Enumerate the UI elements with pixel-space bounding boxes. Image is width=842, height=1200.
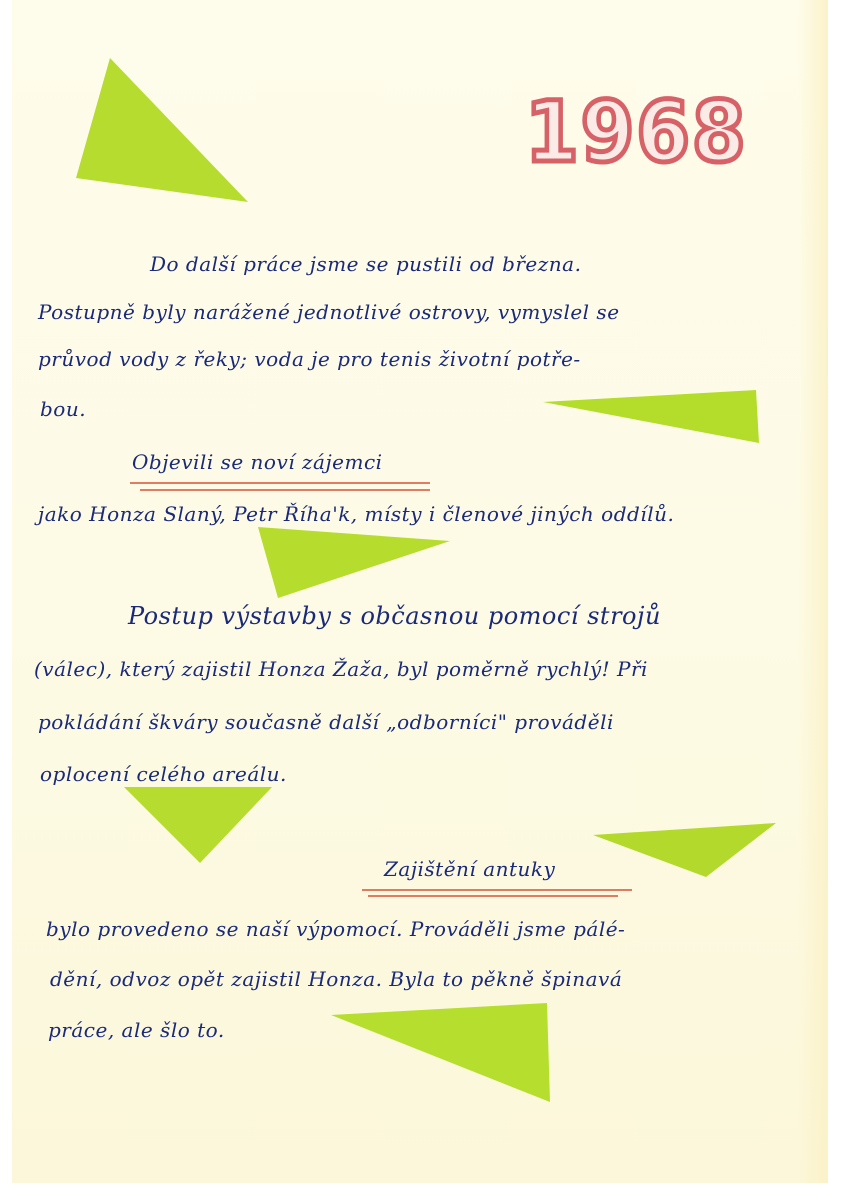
section-heading: Zajištění antuky [384, 857, 555, 881]
year-stamp: 1968 [525, 84, 747, 180]
text-line: oplocení celého areálu. [40, 762, 287, 786]
heading-underline [362, 889, 632, 891]
section-heading: Objevili se noví zájemci [132, 450, 383, 474]
text-line: práce, ale šlo to. [48, 1018, 225, 1042]
text-line: dění, odvoz opět zajistil Honza. Byla to… [50, 967, 622, 991]
heading-underline [130, 482, 430, 484]
text-line: (válec), který zajistil Honza Žaža, byl … [34, 657, 648, 681]
heading-underline [140, 489, 430, 491]
text-line: bou. [40, 397, 86, 421]
text-line: Postup výstavby s občasnou pomocí strojů [128, 602, 661, 630]
heading-underline [368, 895, 618, 897]
text-line: bylo provedeno se naší výpomocí. Provádě… [46, 917, 625, 941]
text-line: průvod vody z řeky; voda je pro tenis ži… [38, 347, 581, 371]
text-line: Postupně byly narážené jednotlivé ostrov… [38, 300, 620, 324]
text-line: Do další práce jsme se pustili od března… [150, 252, 581, 276]
text-line: jako Honza Slaný, Petr Říha'k, místy i č… [38, 502, 674, 526]
text-line: pokládání škváry současně další „odborní… [38, 710, 614, 734]
